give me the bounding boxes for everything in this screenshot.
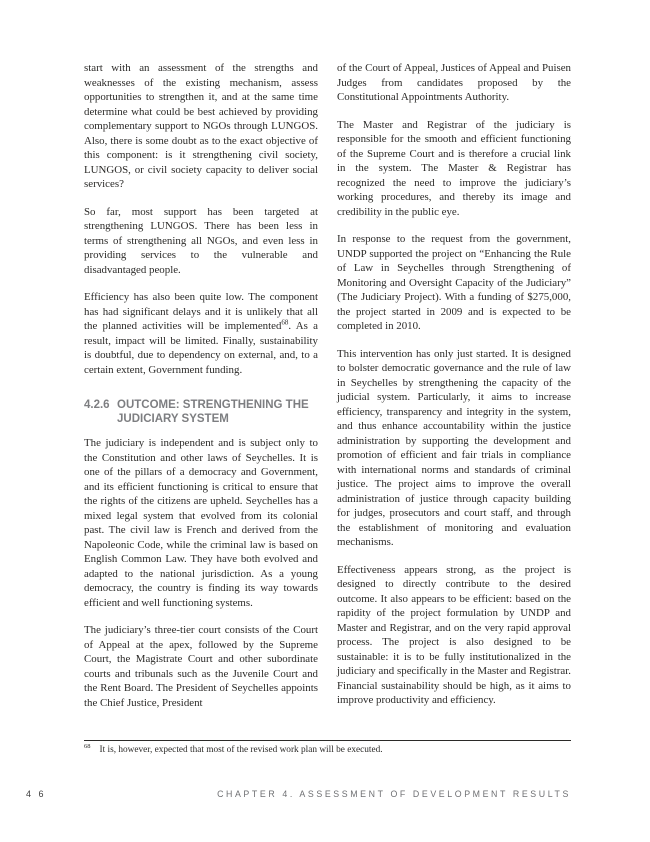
- left-column: start with an assessment of the strength…: [84, 61, 318, 710]
- paragraph: This intervention has only just started.…: [337, 347, 571, 550]
- paragraph: Efficiency has also been quite low. The …: [84, 290, 318, 377]
- footnote-divider: [84, 740, 571, 741]
- paragraph: The Master and Registrar of the judiciar…: [337, 118, 571, 220]
- section-title: OUTCOME: STRENGTHENING THE JUDICIARY SYS…: [117, 398, 318, 426]
- footnote-text: It is, however, expected that most of th…: [100, 745, 383, 755]
- page-body: start with an assessment of the strength…: [84, 61, 571, 710]
- paragraph: of the Court of Appeal, Justices of Appe…: [337, 61, 571, 105]
- footnote-marker: 68: [84, 743, 91, 750]
- section-number: 4.2.6: [84, 398, 117, 426]
- document-page: start with an assessment of the strength…: [0, 0, 650, 842]
- paragraph: start with an assessment of the strength…: [84, 61, 318, 192]
- footnote: 68It is, however, expected that most of …: [84, 744, 571, 756]
- page-number: 4 6: [26, 789, 46, 799]
- paragraph: So far, most support has been targeted a…: [84, 205, 318, 278]
- paragraph: The judiciary’s three-tier court consist…: [84, 623, 318, 710]
- footer-chapter-title: CHAPTER 4. ASSESSMENT OF DEVELOPMENT RES…: [217, 789, 571, 799]
- section-heading: 4.2.6 OUTCOME: STRENGTHENING THE JUDICIA…: [84, 398, 318, 426]
- right-column: of the Court of Appeal, Justices of Appe…: [337, 61, 571, 710]
- paragraph: In response to the request from the gove…: [337, 232, 571, 334]
- paragraph: The judiciary is independent and is subj…: [84, 436, 318, 610]
- paragraph: Effectiveness appears strong, as the pro…: [337, 563, 571, 708]
